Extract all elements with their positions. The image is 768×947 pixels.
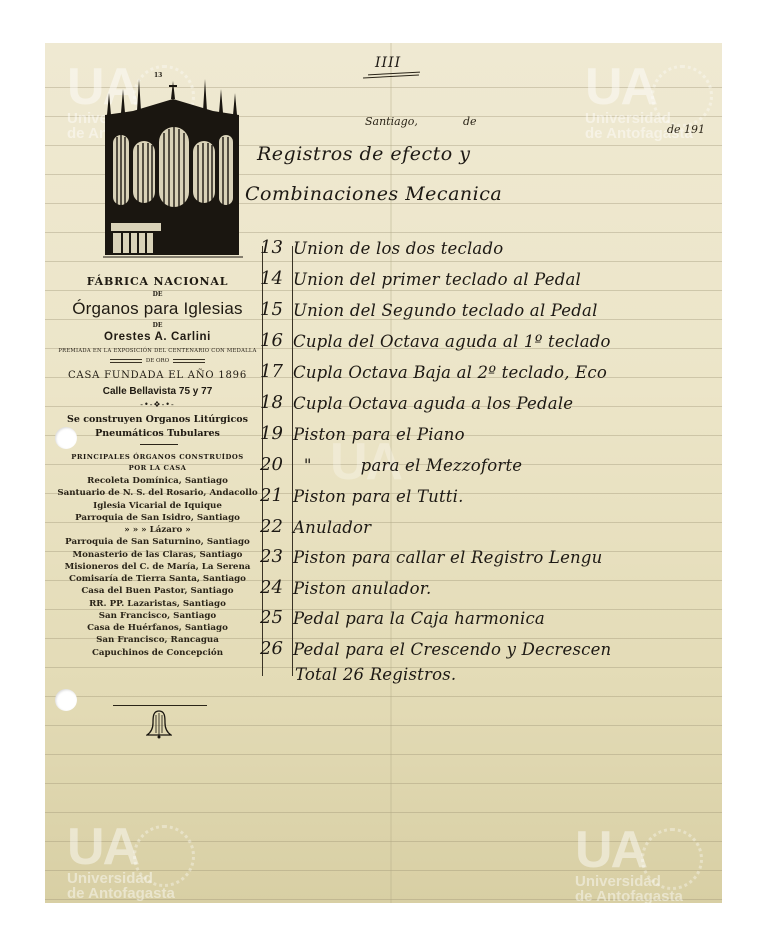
- list-item: Santuario de N. S. del Rosario, Andacoll…: [45, 487, 270, 499]
- list-item: Monasterio de las Claras, Santiago: [45, 549, 270, 561]
- list-item: Union de los dos teclado: [293, 239, 503, 258]
- list-item: Misioneros del C. de María, La Serena: [45, 561, 270, 573]
- list-item: Casa del Buen Pastor, Santiago: [45, 585, 270, 597]
- list-item: Comisaría de Tierra Santa, Santiago: [45, 573, 270, 585]
- divider: [113, 705, 207, 706]
- date-de: de: [463, 115, 477, 128]
- date-year: de 191: [667, 123, 705, 136]
- list-item: Capuchinos de Concepción: [45, 647, 270, 659]
- list-item: Casa de Huérfanos, Santiago: [45, 622, 270, 634]
- list-item: Piston para el Tutti.: [293, 487, 464, 506]
- list-item: » » » Lázaro »: [45, 524, 270, 536]
- list-item: San Francisco, Santiago: [45, 610, 270, 622]
- list-item: Piston para el Piano: [293, 425, 465, 444]
- page-number: IIII: [375, 55, 401, 71]
- list-item: Pedal para la Caja harmonica: [293, 609, 545, 628]
- list-item: Cupla Octava aguda a los Pedale: [293, 394, 573, 413]
- church-list: Recoleta Domínica, Santiago Santuario de…: [45, 475, 270, 659]
- list-item: Iglesia Vicarial de Iquique: [45, 500, 270, 512]
- list-item: Cupla del Octava aguda al 1º teclado: [293, 332, 611, 351]
- list-item: Union del Segundo teclado al Pedal: [293, 301, 598, 320]
- list-item: Piston anulador.: [293, 579, 432, 598]
- list-item: Piston para callar el Registro Lengu: [293, 548, 602, 567]
- list-item: San Francisco, Rancagua: [45, 634, 270, 646]
- bell-ornament-icon: [146, 709, 172, 739]
- list-item: Union del primer teclado al Pedal: [293, 270, 581, 289]
- list-item: Cupla Octava Baja al 2º teclado, Eco: [293, 363, 607, 382]
- list-item: Pedal para el Crescendo y Decrescen: [293, 640, 611, 659]
- title-line-2: Combinaciones Mecanica: [245, 183, 502, 205]
- total-line: Total 26 Registros.: [295, 665, 456, 684]
- list-item: Parroquia de San Isidro, Santiago: [45, 512, 270, 524]
- date-city: Santiago,: [365, 115, 418, 128]
- list-item: " para el Mezzoforte: [293, 456, 522, 475]
- document-page: UA Universidad de Antofagasta UA Univers…: [45, 43, 722, 903]
- list-item: RR. PP. Lazaristas, Santiago: [45, 598, 270, 610]
- ornament-divider: -•-❖-•-: [45, 400, 270, 409]
- title-line-1: Registros de efecto y: [257, 143, 470, 165]
- list-item: Recoleta Domínica, Santiago: [45, 475, 270, 487]
- list-item: Anulador: [293, 518, 371, 537]
- divider: [140, 444, 178, 445]
- pipe-organ-illustration: [103, 75, 243, 260]
- punch-hole: [55, 689, 77, 711]
- list-item: Parroquia de San Saturnino, Santiago: [45, 536, 270, 548]
